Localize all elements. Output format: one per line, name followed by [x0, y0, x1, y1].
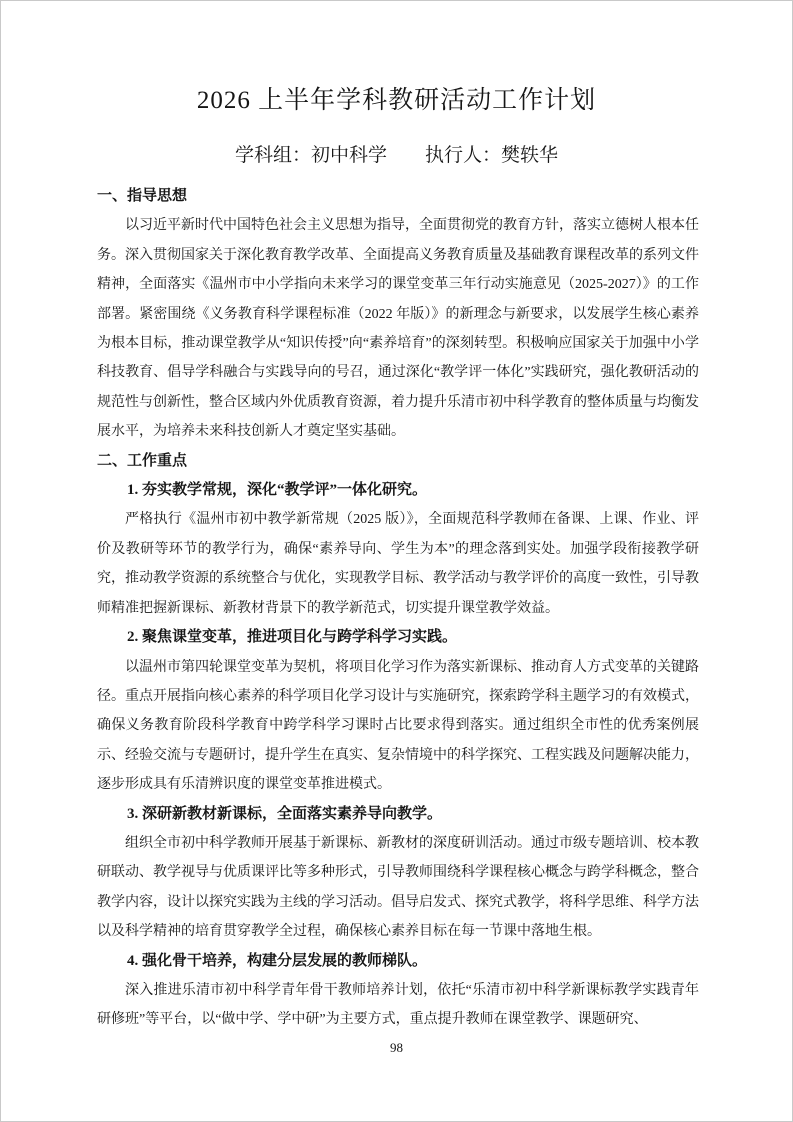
executor-label: 执行人：樊轶华: [425, 145, 558, 166]
document-body: 一、指导思想 以习近平新时代中国特色社会主义思想为指导，全面贯彻党的教育方针，落…: [97, 182, 699, 1035]
section-heading-guiding-ideology: 一、指导思想: [97, 182, 699, 211]
section-heading-work-priorities: 二、工作重点: [97, 447, 699, 476]
work-item-1-title: 1. 夯实教学常规，深化“教学评”一体化研究。: [97, 476, 699, 505]
work-item-2-body: 以温州市第四轮课堂变革为契机，将项目化学习作为落实新课标、推动育人方式变革的关键…: [97, 653, 699, 800]
document-page: 2026 上半年学科教研活动工作计划 学科组：初中科学执行人：樊轶华 一、指导思…: [0, 0, 793, 1122]
work-item-3-title: 3. 深研新教材新课标，全面落实素养导向教学。: [97, 800, 699, 829]
work-item-4-title: 4. 强化骨干培养，构建分层发展的教师梯队。: [97, 947, 699, 976]
work-item-2-title: 2. 聚焦课堂变革，推进项目化与跨学科学习实践。: [97, 623, 699, 652]
document-title: 2026 上半年学科教研活动工作计划: [1, 83, 792, 119]
page-number: 98: [1, 1039, 792, 1057]
document-subtitle: 学科组：初中科学执行人：樊轶华: [1, 143, 792, 169]
work-item-4-body: 深入推进乐清市初中科学青年骨干教师培养计划，依托“乐清市初中科学新课标教学实践青…: [97, 976, 699, 1035]
subject-group-label: 学科组：初中科学: [235, 145, 387, 166]
work-item-3-body: 组织全市初中科学教师开展基于新课标、新教材的深度研训活动。通过市级专题培训、校本…: [97, 829, 699, 947]
guiding-ideology-paragraph: 以习近平新时代中国特色社会主义思想为指导，全面贯彻党的教育方针，落实立德树人根本…: [97, 211, 699, 446]
work-item-1-body: 严格执行《温州市初中教学新常规（2025 版）》，全面规范科学教师在备课、上课、…: [97, 505, 699, 623]
